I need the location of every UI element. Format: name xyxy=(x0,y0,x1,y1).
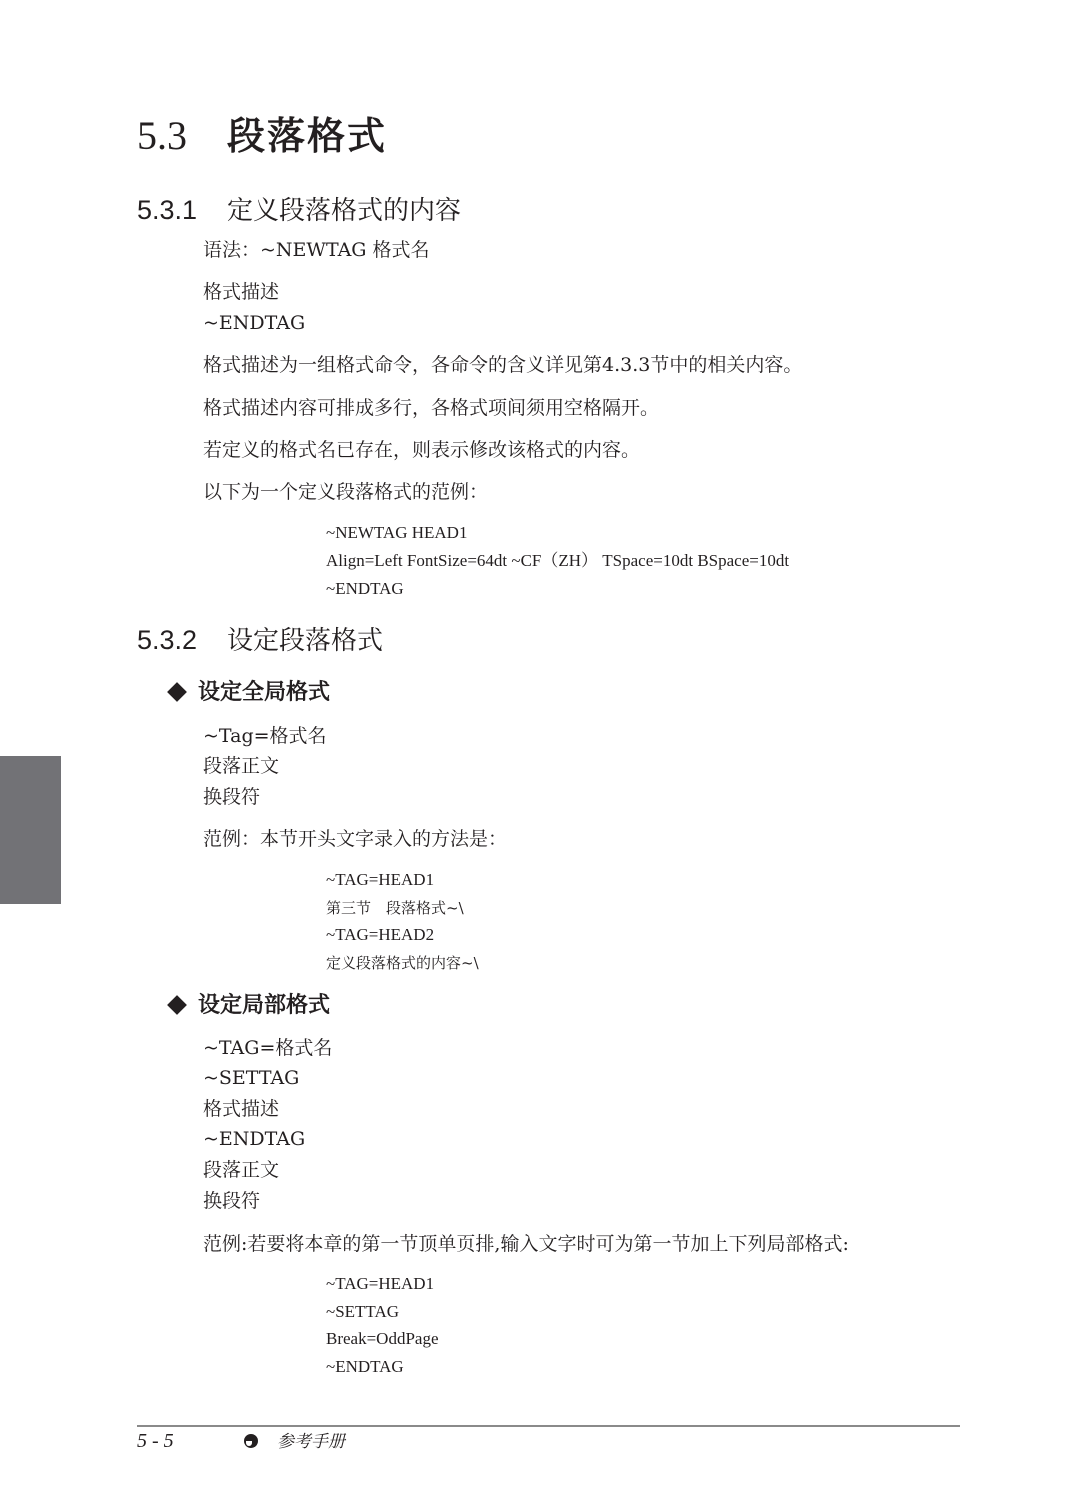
section-number: 5.3 xyxy=(137,112,227,160)
syntax-line: 段落正文 xyxy=(203,1155,279,1185)
syntax-line: ~TAG=格式名 xyxy=(203,1033,332,1063)
diamond-bullet-icon xyxy=(167,682,187,702)
syntax-line: 语法：~NEWTAG 格式名 xyxy=(203,235,430,265)
syntax-line: ~ENDTAG xyxy=(203,1124,305,1154)
section-title: 段落格式 xyxy=(227,114,387,158)
code-text: 第三节 段落格式~\ xyxy=(326,899,464,917)
syntax-line: ~SETTAG xyxy=(203,1063,299,1093)
code-line: 定义段落格式的内容~\ xyxy=(326,949,479,977)
book-title: 参考手册 xyxy=(277,1429,345,1455)
code-text: 定义段落格式的内容~\ xyxy=(326,954,479,972)
syntax-line: 段落正文 xyxy=(203,751,279,781)
subsection-title: 定义段落格式的内容 xyxy=(227,196,461,226)
bullet-heading-text: 设定局部格式 xyxy=(198,993,330,1018)
subsection-heading-5-3-1: 5.3.1定义段落格式的内容 xyxy=(137,193,461,228)
subsection-title: 设定段落格式 xyxy=(227,626,383,656)
code-line: ~ENDTAG xyxy=(326,1353,404,1381)
subsection-number: 5.3.2 xyxy=(137,623,227,657)
footer-divider xyxy=(137,1425,960,1427)
paragraph: 格式描述内容可排成多行，各格式项间须用空格隔开。 xyxy=(203,393,659,423)
code-line: 第三节 段落格式~\ xyxy=(326,894,464,922)
syntax-line: 格式描述 xyxy=(203,1094,279,1124)
example-intro: 范例:若要将本章的第一节顶单页排,输入文字时可为第一节加上下列局部格式: xyxy=(203,1229,849,1259)
paragraph: 格式描述为一组格式命令，各命令的含义详见第4.3.3节中的相关内容。 xyxy=(203,350,802,380)
code-line: ~TAG=HEAD1 xyxy=(326,1270,434,1298)
subsection-heading-5-3-2: 5.3.2设定段落格式 xyxy=(137,623,383,658)
code-line: ~NEWTAG HEAD1 xyxy=(326,519,467,547)
code-line: ~SETTAG xyxy=(326,1298,399,1326)
syntax-line: 换段符 xyxy=(203,782,260,812)
code-line: Align=Left FontSize=64dt ~CF（ZH） TSpace=… xyxy=(326,547,789,575)
code-line: ~TAG=HEAD1 xyxy=(326,866,434,894)
half-filled-circle-icon xyxy=(244,1434,258,1448)
bullet-heading-local: 设定局部格式 xyxy=(166,991,330,1021)
paragraph: 若定义的格式名已存在，则表示修改该格式的内容。 xyxy=(203,435,640,465)
syntax-line: 换段符 xyxy=(203,1186,260,1216)
section-heading: 5.3段落格式 xyxy=(137,112,387,161)
page-number: 5 - 5 xyxy=(137,1428,174,1454)
subsection-number: 5.3.1 xyxy=(137,193,227,227)
chapter-side-tab xyxy=(0,756,61,904)
diamond-bullet-icon xyxy=(167,995,187,1015)
code-line: Break=OddPage xyxy=(326,1325,439,1353)
bullet-heading-text: 设定全局格式 xyxy=(198,680,330,705)
syntax-line: 格式描述 xyxy=(203,277,279,307)
paragraph: 以下为一个定义段落格式的范例： xyxy=(203,477,488,507)
example-intro: 范例：本节开头文字录入的方法是： xyxy=(203,824,507,854)
code-line: ~TAG=HEAD2 xyxy=(326,921,434,949)
syntax-line: ~Tag=格式名 xyxy=(203,721,327,751)
syntax-line: ~ENDTAG xyxy=(203,308,305,338)
code-line: ~ENDTAG xyxy=(326,575,404,603)
bullet-heading-global: 设定全局格式 xyxy=(166,678,330,708)
